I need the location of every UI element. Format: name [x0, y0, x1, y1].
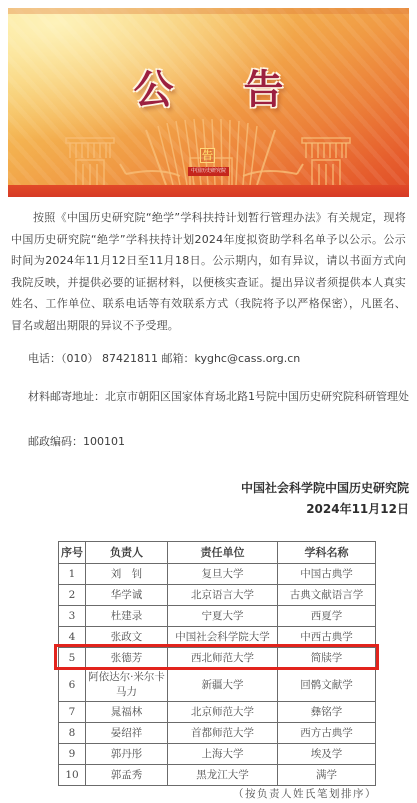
banner-title: 公 告 [8, 70, 409, 110]
table-cell: 9 [59, 744, 86, 765]
table-cell: 中西古典学 [278, 627, 376, 648]
table-row: 9郭丹彤上海大学埃及学 [59, 744, 376, 765]
table-cell: 杜建录 [86, 606, 168, 627]
table-cell: 郭丹彤 [86, 744, 168, 765]
contact-line: 电话：（010） 87421811 邮箱：kyghc@cass.org.cn [28, 348, 300, 370]
funded-disciplines-table-wrap: 序号 负责人 责任单位 学科名称 1刘 钊复旦大学中国古典学2华学诚北京语言大学… [58, 541, 375, 786]
gate-plaque: 中国历史研究院 [188, 167, 229, 176]
table-cell: 彝铭学 [278, 702, 376, 723]
table-cell: 首都师范大学 [168, 723, 278, 744]
table-cell: 6 [59, 669, 86, 702]
table-cell: 回鹘文献学 [278, 669, 376, 702]
table-cell: 北京师范大学 [168, 702, 278, 723]
table-cell: 3 [59, 606, 86, 627]
table-row: 1刘 钊复旦大学中国古典学 [59, 564, 376, 585]
table-cell: 北京语言大学 [168, 585, 278, 606]
table-cell: 西夏学 [278, 606, 376, 627]
table-cell: 4 [59, 627, 86, 648]
table-cell: 10 [59, 765, 86, 786]
signature-date: 2024年11月12日 [241, 499, 409, 520]
banner-title-char: 告 [244, 70, 284, 110]
table-cell: 新疆大学 [168, 669, 278, 702]
table-cell: 阿依达尔·米尔卡马力 [86, 669, 168, 702]
table-cell: 西方古典学 [278, 723, 376, 744]
table-row: 4张政文中国社会科学院大学中西古典学 [59, 627, 376, 648]
table-cell: 张政文 [86, 627, 168, 648]
announcement-paragraph: 按照《中国历史研究院“绝学”学科扶持计划暂行管理办法》有关规定，现将中国历史研究… [11, 207, 406, 336]
table-cell: 简牍学 [278, 648, 376, 669]
funded-disciplines-table: 序号 负责人 责任单位 学科名称 1刘 钊复旦大学中国古典学2华学诚北京语言大学… [58, 541, 376, 786]
banner-title-char: 公 [134, 70, 174, 110]
column-header-leader: 负责人 [86, 542, 168, 564]
gate-seal: 告 [200, 148, 215, 163]
table-cell: 1 [59, 564, 86, 585]
table-row: 6阿依达尔·米尔卡马力新疆大学回鹘文献学 [59, 669, 376, 702]
table-sort-note: （按负责人姓氏笔划排序） [58, 786, 377, 801]
announcement-page: 公 告 告 中国历史研究院 按照《中国历史研究院“绝学”学科扶持计划暂行管理办法… [0, 0, 417, 803]
table-row: 3杜建录宁夏大学西夏学 [59, 606, 376, 627]
table-row: 10郭孟秀黑龙江大学满学 [59, 765, 376, 786]
table-header-row: 序号 负责人 责任单位 学科名称 [59, 542, 376, 564]
table-cell: 古典文献语言学 [278, 585, 376, 606]
table-cell: 5 [59, 648, 86, 669]
table-cell: 满学 [278, 765, 376, 786]
table-cell: 张德芳 [86, 648, 168, 669]
table-cell: 西北师范大学 [168, 648, 278, 669]
table-cell: 中国古典学 [278, 564, 376, 585]
table-cell: 华学诚 [86, 585, 168, 606]
column-header-discipline: 学科名称 [278, 542, 376, 564]
table-cell: 中国社会科学院大学 [168, 627, 278, 648]
announcement-banner: 公 告 告 中国历史研究院 [8, 8, 409, 197]
table-row: 8晏绍祥首都师范大学西方古典学 [59, 723, 376, 744]
table-cell: 上海大学 [168, 744, 278, 765]
signature-block: 中国社会科学院中国历史研究院 2024年11月12日 [241, 478, 409, 519]
table-cell: 晁福林 [86, 702, 168, 723]
mailing-address-line: 材料邮寄地址：北京市朝阳区国家体育场北路1号院中国历史研究院科研管理处 [28, 386, 409, 408]
table-cell: 7 [59, 702, 86, 723]
table-cell: 2 [59, 585, 86, 606]
table-cell: 郭孟秀 [86, 765, 168, 786]
table-row: 5张德芳西北师范大学简牍学 [59, 648, 376, 669]
table-cell: 黑龙江大学 [168, 765, 278, 786]
table-cell: 刘 钊 [86, 564, 168, 585]
signature-org: 中国社会科学院中国历史研究院 [241, 478, 409, 499]
table-cell: 埃及学 [278, 744, 376, 765]
table-cell: 8 [59, 723, 86, 744]
column-header-unit: 责任单位 [168, 542, 278, 564]
table-cell: 宁夏大学 [168, 606, 278, 627]
table-row: 7晁福林北京师范大学彝铭学 [59, 702, 376, 723]
postal-code-line: 邮政编码：100101 [28, 431, 125, 453]
table-cell: 晏绍祥 [86, 723, 168, 744]
column-header-no: 序号 [59, 542, 86, 564]
table-row: 2华学诚北京语言大学古典文献语言学 [59, 585, 376, 606]
results-table-body: 1刘 钊复旦大学中国古典学2华学诚北京语言大学古典文献语言学3杜建录宁夏大学西夏… [59, 564, 376, 786]
banner-bottom-strip [8, 185, 409, 197]
table-cell: 复旦大学 [168, 564, 278, 585]
